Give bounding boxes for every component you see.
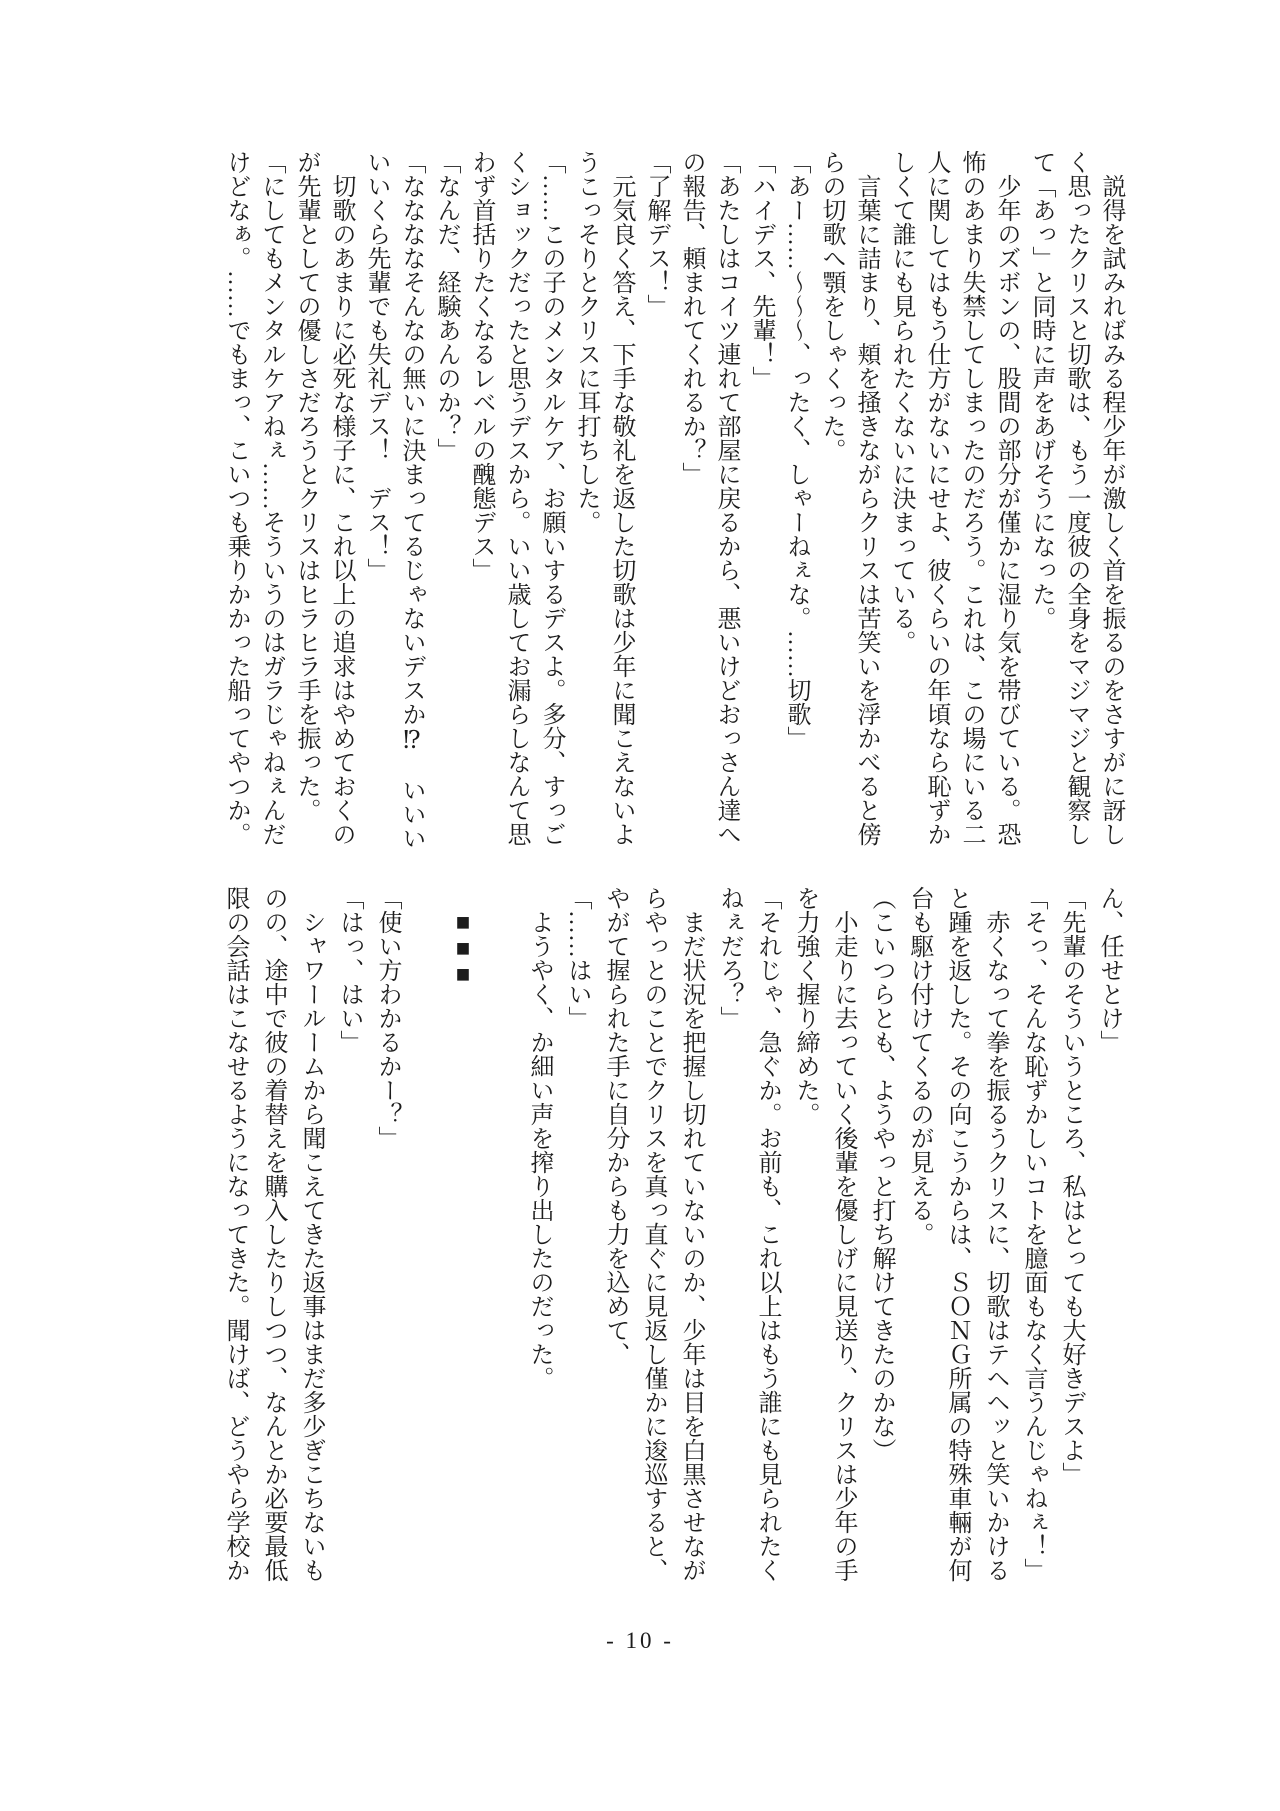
lower-text-block: ん、任せとけ」「先輩のそういうところ、私はとっても大好きデスよ」「そっ、そんな恥… (214, 886, 1128, 1586)
text-column: 言葉に詰まり、頬を掻きながらクリスは苦笑いを浮かべると傍 (848, 150, 883, 850)
text-column: らやっとのことでクリスを真っ直ぐに見返し僅かに逡巡すると、 (634, 886, 672, 1586)
text-column: く思ったクリスと切歌は、もう一度彼の全身をマジマジと観察し (1058, 150, 1093, 850)
text-column: うこっそりとクリスに耳打ちした。 (568, 150, 603, 850)
upper-text-block: 説得を試みればみる程少年が激しく首を振るのをさすがに訝しく思ったクリスと切歌は、… (216, 150, 1128, 850)
text-column: 「了解デス！」 (638, 150, 673, 850)
text-column: 元気良く答え、下手な敬礼を返した切歌は少年に聞こえないよ (603, 150, 638, 850)
text-column: いいくら先輩でも失礼デス！ デス！」 (358, 150, 393, 850)
text-column: 「それじゃ、急ぐか。お前も、これ以上はもう誰にも見られたく (748, 886, 786, 1586)
text-column: 「使い方わかるかー？」 (368, 886, 406, 1586)
text-column: （こいつらとも、ようやっと打ち解けてきたのかな） (862, 886, 900, 1586)
text-column: ねぇだろ？」 (710, 886, 748, 1586)
text-column: やがて握られた手に自分からも力を込めて、 (596, 886, 634, 1586)
text-column: 「あたしはコイツ連れて部屋に戻るから、悪いけどおっさん達へ (708, 150, 743, 850)
text-column: 人に関してはもう仕方がないにせよ、彼くらいの年頃なら恥ずか (918, 150, 953, 850)
text-column: 「……この子のメンタルケア、お願いするデスよ。多分、すっご (533, 150, 568, 850)
text-column: 「はっ、はい」 (330, 886, 368, 1586)
document-page: 説得を試みればみる程少年が激しく首を振るのをさすがに訝しく思ったクリスと切歌は、… (0, 0, 1280, 1811)
text-column: 小走りに去っていく後輩を優しげに見送り、クリスは少年の手 (824, 886, 862, 1586)
text-column: 「先輩のそういうところ、私はとっても大好きデスよ」 (1052, 886, 1090, 1586)
text-column: 「あー……～～～、ったく、しゃーねぇな。……切歌」 (778, 150, 813, 850)
section-divider: ■■■ (444, 886, 482, 1586)
text-column: シャワールームから聞こえてきた返事はまだ多少ぎこちないも (292, 886, 330, 1586)
text-column (482, 886, 520, 1586)
text-column: て「あっ」と同時に声をあげそうになった。 (1023, 150, 1058, 850)
text-column (406, 886, 444, 1586)
text-column: くショックだったと思うデスから。いい歳してお漏らしなんて思 (498, 150, 533, 850)
text-column: わず首括りたくなるレベルの醜態デス」 (463, 150, 498, 850)
text-column: ん、任せとけ」 (1090, 886, 1128, 1586)
text-column: が先輩としての優しさだろうとクリスはヒラヒラ手を振った。 (288, 150, 323, 850)
text-column: 怖のあまり失禁してしまったのだろう。これは、この場にいる二 (953, 150, 988, 850)
text-column: 「ななななそんなの無いに決まってるじゃないデスか⁉ いいい (393, 150, 428, 850)
text-column: 切歌のあまりに必死な様子に、これ以上の追求はやめておくの (323, 150, 358, 850)
text-column: しくて誰にも見られたくないに決まっている。 (883, 150, 918, 850)
text-column: を力強く握り締めた。 (786, 886, 824, 1586)
text-column: 説得を試みればみる程少年が激しく首を振るのをさすがに訝し (1093, 150, 1128, 850)
text-column: 限の会話はこなせるようになってきた。聞けば、どうやら学校か (216, 886, 254, 1586)
text-column: けどなぁ。……でもまっ、こいつも乗りかかった船ってやつか。 (218, 150, 253, 850)
text-column: らの切歌へ顎をしゃくった。 (813, 150, 848, 850)
page-number: - 10 - (0, 1628, 1280, 1654)
text-column: 「そっ、そんな恥ずかしいコトを臆面もなく言うんじゃねぇ！」 (1014, 886, 1052, 1586)
text-column: の報告、頼まれてくれるか？」 (673, 150, 708, 850)
text-column: 赤くなって拳を振るうクリスに、切歌はテヘヘッと笑いかける (976, 886, 1014, 1586)
text-column: ようやく、か細い声を搾り出したのだった。 (520, 886, 558, 1586)
text-column: まだ状況を把握し切れていないのか、少年は目を白黒させなが (672, 886, 710, 1586)
text-column: 「ハイデス、先輩！」 (743, 150, 778, 850)
text-column: 「にしてもメンタルケアねぇ……そういうのはガラじゃねぇんだ (253, 150, 288, 850)
text-column: のの、途中で彼の着替えを購入したりしつつ、なんとか必要最低 (254, 886, 292, 1586)
text-column: 「なんだ、経験あんのか？」 (428, 150, 463, 850)
text-column: と踵を返した。その向こうからは、ＳＯＮＧ所属の特殊車輛が何 (938, 886, 976, 1586)
text-column: 「……はい」 (558, 886, 596, 1586)
text-column: 台も駆け付けてくるのが見える。 (900, 886, 938, 1586)
text-column: 少年のズボンの、股間の部分が僅かに湿り気を帯びている。恐 (988, 150, 1023, 850)
